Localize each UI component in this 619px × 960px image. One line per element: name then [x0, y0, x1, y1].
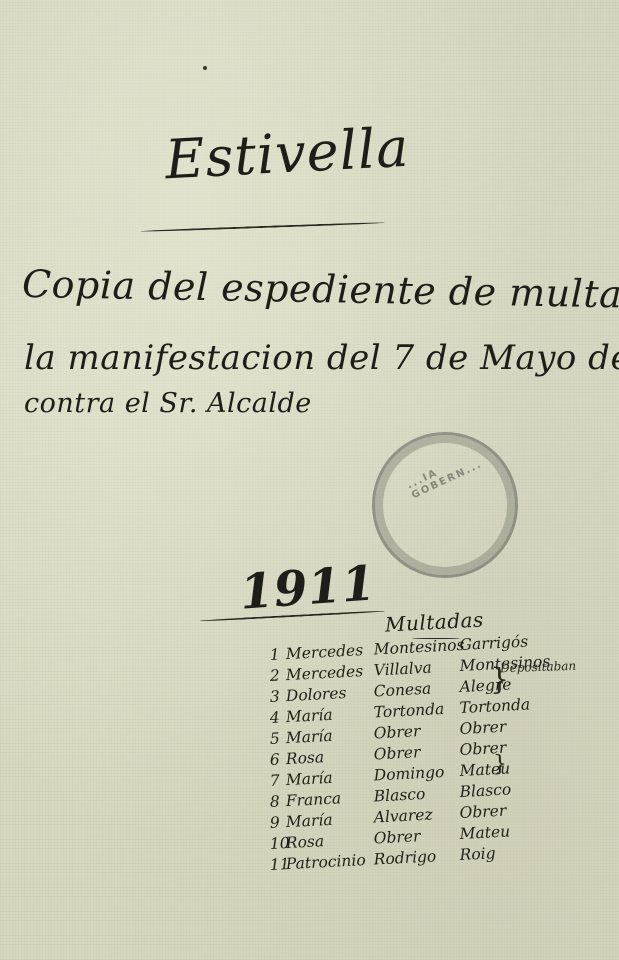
surname-2: Obrer	[459, 718, 507, 738]
title-line-2: la manifestacion del 7 de Mayo de 1911	[24, 338, 619, 378]
item-number: 8	[269, 792, 286, 811]
title-line-3: contra el Sr. Alcalde	[24, 388, 312, 419]
first-name: María	[285, 767, 374, 790]
item-number: 11	[269, 855, 286, 874]
first-name: Patrocinio	[285, 851, 374, 874]
ink-spot	[203, 66, 207, 70]
surname-2: Obrer	[459, 739, 507, 759]
first-name: Rosa	[285, 746, 374, 769]
list-heading: Multadas	[384, 607, 484, 636]
first-name: Rosa	[285, 830, 374, 853]
surname-2: Obrer	[459, 802, 507, 822]
item-number: 10	[269, 834, 286, 853]
surname-1: Blasco	[373, 783, 460, 805]
surname-2: Blasco	[459, 780, 511, 801]
surname-2: Montesinos	[459, 652, 551, 675]
item-number: 1	[269, 645, 286, 664]
item-number: 6	[269, 750, 286, 769]
surname-1: Alvarez	[373, 804, 460, 826]
fined-list: 1MercedesMontesinosGarrigós 2MercedesVil…	[270, 646, 619, 877]
surname-1: Obrer	[373, 720, 460, 742]
first-name: María	[285, 725, 374, 748]
surname-1: Domingo	[373, 762, 460, 784]
title-line-1: Copia del espediente de multas por	[22, 262, 619, 318]
first-name: Franca	[285, 788, 374, 811]
official-stamp: ...IA GOBERN...	[372, 432, 518, 578]
item-number: 7	[269, 771, 286, 790]
stamp-text: ...IA GOBERN...	[406, 435, 515, 501]
surname-2: Roig	[459, 844, 496, 864]
surname-1: Conesa	[373, 678, 460, 700]
surname-1: Villalva	[373, 657, 460, 679]
place-underline	[140, 222, 385, 233]
item-number: 9	[269, 813, 286, 832]
first-name: María	[285, 809, 374, 832]
surname-2: Alegre	[459, 675, 512, 696]
surname-1: Obrer	[373, 825, 460, 847]
surname-1: Tortonda	[373, 699, 460, 721]
item-number: 3	[269, 687, 286, 706]
item-number: 4	[269, 708, 286, 727]
first-name: Mercedes	[285, 662, 374, 685]
surname-2: Mateu	[459, 759, 510, 780]
first-name: María	[285, 704, 374, 727]
place-name: Estivella	[164, 116, 411, 192]
document-page: Estivella Copia del espediente de multas…	[0, 0, 619, 960]
item-number: 5	[269, 729, 286, 748]
surname-1: Montesinos	[373, 636, 460, 658]
surname-2: Tortonda	[459, 695, 530, 717]
surname-1: Rodrigo	[373, 846, 460, 868]
item-number: 2	[269, 666, 286, 685]
surname-2: Mateu	[459, 822, 510, 843]
surname-1: Obrer	[373, 741, 460, 763]
first-name: Dolores	[285, 683, 374, 706]
first-name: Mercedes	[285, 641, 374, 664]
surname-2: Garrigós	[459, 632, 528, 654]
